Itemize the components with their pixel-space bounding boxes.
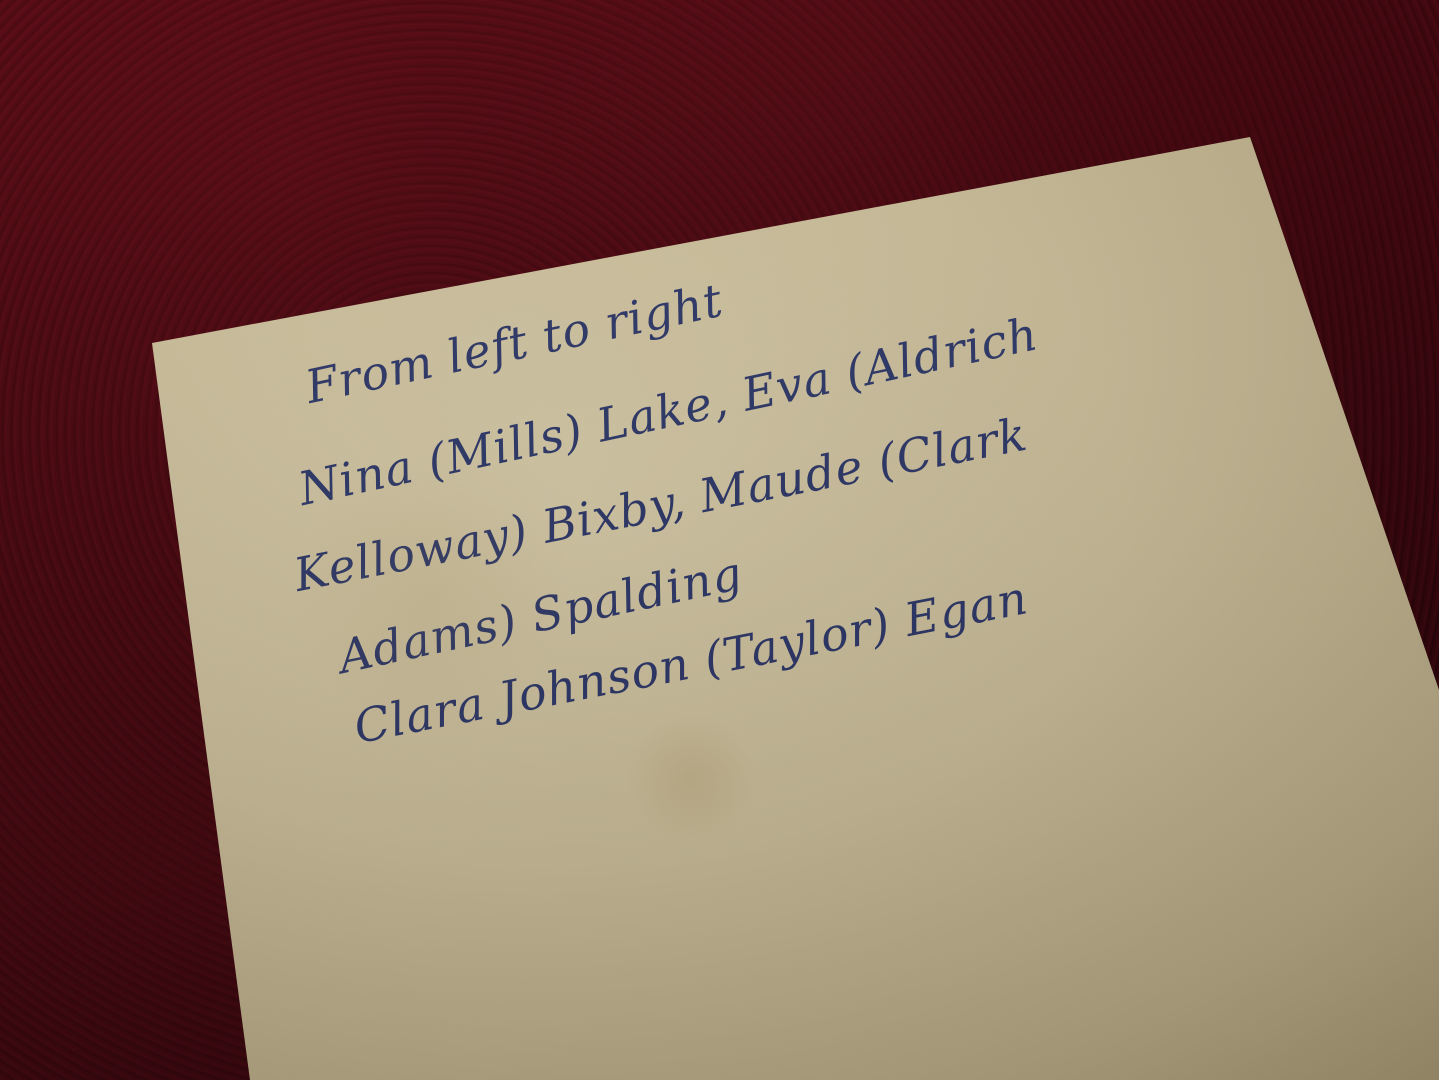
caption-line-5: Clara Johnson (Taylor) Egan: [350, 570, 1033, 754]
caption-line-3: Kelloway) Bixby, Maude (Clark: [290, 407, 1032, 602]
photo-card-back: Maude Clark. From left to right Nina (Mi…: [0, 0, 1439, 1080]
pencil-note: Maude Clark.: [182, 234, 485, 346]
caption-line-2: Nina (Mills) Lake, Eva (Aldrich: [294, 306, 1043, 516]
caption-line-1: From left to right: [301, 273, 728, 414]
caption-line-4: Adams) Spalding: [334, 546, 747, 684]
